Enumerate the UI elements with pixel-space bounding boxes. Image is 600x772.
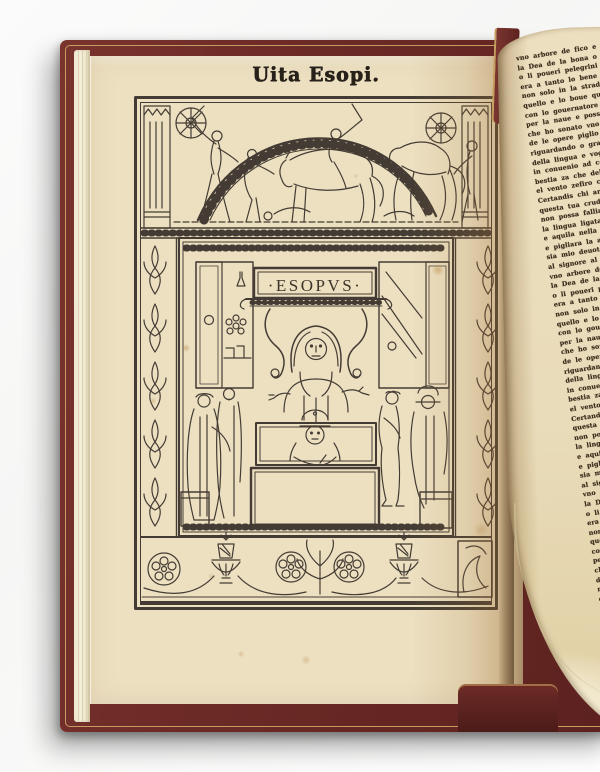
entablature-band: [141, 228, 491, 238]
scholars-right: [379, 386, 452, 528]
aesop-figure: [269, 326, 369, 422]
rosette-wheel-left: [176, 108, 206, 138]
leaf-motif: [144, 246, 166, 294]
cover-visible-at-tail: [458, 684, 558, 732]
volute-consoles: [265, 309, 367, 378]
page-edge-line: [78, 50, 79, 722]
page-curl-edge: [514, 500, 600, 703]
fluted-pilaster-left: [144, 106, 170, 228]
aesop-woodcut: ·ESOPVS·: [134, 96, 498, 610]
rosette-wheel-right: [426, 113, 456, 143]
corner-foliage-square: [458, 541, 492, 597]
scholars-left: [181, 389, 241, 527]
fluted-pilaster-right: [462, 106, 488, 228]
scribe-figure: [290, 410, 340, 465]
book: Uita Esopi.: [60, 40, 600, 732]
bottom-frieze: [140, 532, 492, 605]
top-battle-panel: [141, 104, 491, 238]
book-block-fore-edge-left: [74, 50, 90, 722]
floral-border-left: [144, 238, 177, 536]
vine-scroll: [144, 576, 488, 595]
photo-of-open-book: Uita Esopi.: [0, 0, 600, 772]
left-page: Uita Esopi.: [90, 56, 523, 704]
plaque-label: ·ESOPVS·: [268, 276, 363, 295]
page-edge-line: [86, 50, 87, 722]
page-title: Uita Esopi.: [134, 64, 498, 87]
esopus-plaque: ·ESOPVS·: [240, 268, 391, 309]
left-window: [196, 262, 253, 388]
right-page-text-block: vno arbore de fico e per la naue e possi…: [516, 25, 600, 624]
frieze-rosette: [148, 553, 180, 585]
desk-front: [251, 468, 379, 528]
frieze-urn: [390, 532, 418, 583]
battle-scene-figures: [174, 104, 478, 222]
central-section: ·ESOPVS·: [144, 238, 498, 536]
page-edge-line: [82, 50, 83, 722]
right-window: [379, 262, 449, 388]
central-palmette: [297, 540, 343, 594]
frieze-urn: [212, 532, 240, 583]
